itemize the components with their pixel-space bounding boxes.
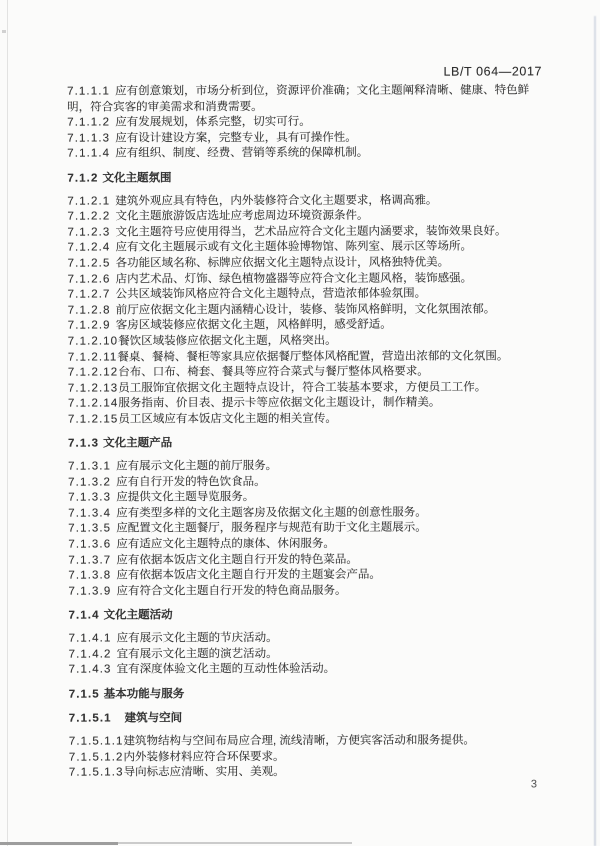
section-heading: 7.1.5.1建筑与空间 — [69, 711, 543, 728]
clause-row: 7.1.2.12台布、口布、椅套、餐具等应符合菜式与餐厅整体风格要求。 — [68, 364, 542, 381]
clause-text: 内外装修材料应符合环保要求。 — [124, 751, 285, 763]
clause-number: 7.1.1.2 — [67, 116, 115, 132]
clause-row: 7.1.4.1应有展示文化主题的节庆活动。 — [69, 630, 543, 647]
clause-row: 7.1.2.11餐桌、餐椅、餐柜等家具应依据餐厅整体风格配置，营造出浓郁的文化氛… — [68, 349, 542, 366]
clause-text: 员工服饰宜依据文化主题特点设计，符合工装基本要求，方便员工工作。 — [118, 381, 486, 394]
clause-text: 餐饮区域装修应依据文化主题，风格突出。 — [118, 335, 337, 348]
clause-number: 7.1.5.1 — [69, 713, 112, 725]
clause-row: 7.1.3.4应有类型多样的文化主题客房及依据文化主题的创意性服务。 — [68, 505, 542, 522]
clause-text: 应有文化主题展示或有文化主题体验博物馆、陈列室、展示区等场所。 — [116, 241, 473, 254]
clause-number: 7.1.2.3 — [67, 225, 115, 241]
section-heading: 7.1.3文化主题产品 — [68, 436, 542, 453]
clause-number: 7.1.2.1 — [67, 194, 115, 210]
clause-number: 7.1.2.2 — [67, 210, 115, 226]
clause-row: 7.1.2.4应有文化主题展示或有文化主题体验博物馆、陈列室、展示区等场所。 — [68, 240, 542, 257]
clause-number: 7.1.3.1 — [68, 460, 116, 476]
clause-row: 7.1.3.3应提供文化主题导览服务。 — [68, 490, 542, 507]
clause-text: 应有设计建设方案，完整专业，具有可操作性。 — [115, 132, 357, 145]
clause-number: 7.1.2.9 — [68, 319, 116, 335]
clause-text: 应有符合文化主题自行开发的特色商品服务。 — [116, 585, 346, 598]
clause-row: 7.1.1.3应有设计建设方案，完整专业，具有可操作性。 — [67, 130, 541, 147]
clause-number: 7.1.2.13 — [68, 381, 118, 397]
clause-number: 7.1.1.3 — [67, 131, 115, 147]
clause-text: 应有依据本饭店文化主题自行开发的特色菜品。 — [116, 553, 358, 566]
clause-number: 7.1.2.12 — [68, 366, 118, 382]
clause-text: 餐桌、餐椅、餐柜等家具应依据餐厅整体风格配置，营造出浓郁的文化氛围。 — [117, 350, 508, 363]
clause-row: 7.1.2.2文化主题旅游饭店选址应考虑周边环境资源条件。 — [67, 209, 541, 226]
clause-row: 7.1.2.10餐饮区域装修应依据文化主题，风格突出。 — [68, 333, 542, 350]
clause-number: 7.1.2.8 — [68, 303, 116, 319]
heading-text: 文化主题氛围 — [102, 172, 171, 184]
page-number: 3 — [531, 778, 537, 790]
clause-row: 7.1.4.2宜有展示文化主题的演艺活动。 — [69, 646, 543, 663]
clause-number: 7.1.3.5 — [68, 522, 116, 538]
clause-text: 应有组织、制度、经费、营销等系统的保障机制。 — [115, 147, 368, 160]
clause-text: 文化主题符号应使用得当，艺术品应符合文化主题内涵要求，装饰效果良好。 — [115, 225, 506, 238]
clause-number: 7.1.1.1 — [67, 84, 115, 100]
clause-number: 7.1.2.6 — [68, 272, 116, 288]
clause-text: 应有类型多样的文化主题客房及依据文化主题的创意性服务。 — [116, 507, 427, 520]
clause-number: 7.1.3.7 — [68, 553, 116, 569]
clause-row: 7.1.3.8应有依据本饭店文化主题自行开发的主题宴会产品。 — [68, 568, 542, 585]
page-body: LB/T 064—2017 7.1.1.1应有创意策划，市场分析到位，资源评价准… — [0, 0, 600, 846]
heading-text: 基本功能与服务 — [104, 688, 185, 700]
clause-text: 文化主题旅游饭店选址应考虑周边环境资源条件。 — [115, 210, 368, 223]
clause-text: 应有发展规划，体系完整，切实可行。 — [115, 116, 311, 129]
clause-row: 7.1.2.6店内艺术品、灯饰、绿色植物盛器等应符合文化主题风格，装饰感强。 — [68, 271, 542, 288]
clause-row: 7.1.5.1.1建筑物结构与空间布局应合理, 流线清晰，方便宾客活动和服务提供… — [69, 733, 543, 750]
clause-number: 7.1.2.14 — [68, 397, 118, 413]
clause-number: 7.1.4.1 — [69, 631, 117, 647]
clause-number: 7.1.3.6 — [68, 538, 116, 554]
heading-text: 文化主题产品 — [103, 438, 172, 450]
clause-text: 建筑物结构与空间布局应合理, 流线清晰，方便宾客活动和服务提供。 — [123, 735, 474, 748]
clause-row: 7.1.1.1应有创意策划，市场分析到位，资源评价准确；文化主题阐释清晰、健康、… — [67, 83, 541, 115]
clause-number: 7.1.4 — [68, 610, 99, 622]
clause-number: 7.1.3.9 — [68, 584, 116, 600]
clause-text: 各功能区域名称、标牌应依据文化主题特点设计，风格独特优美。 — [116, 257, 450, 270]
clause-row: 7.1.5.1.2内外装修材料应符合环保要求。 — [69, 749, 543, 766]
clause-number: 7.1.2.4 — [68, 241, 116, 257]
clause-number: 7.1.3.8 — [68, 569, 116, 585]
clause-text: 宜有深度体验文化主题的互动性体验活动。 — [117, 663, 336, 676]
document-code: LB/T 064—2017 — [443, 64, 542, 78]
clause-row: 7.1.3.1应有展示文化主题的前厅服务。 — [68, 458, 542, 475]
clause-number: 7.1.5 — [69, 688, 100, 700]
clause-text: 店内艺术品、灯饰、绿色植物盛器等应符合文化主题风格，装饰感强。 — [116, 272, 473, 285]
clause-row: 7.1.1.4应有组织、制度、经费、营销等系统的保障机制。 — [67, 146, 541, 163]
clause-row: 7.1.2.9客房区域装修应依据文化主题，风格鲜明，感受舒适。 — [68, 318, 542, 335]
clause-text: 服务指南、价目表、提示卡等应依据文化主题设计，制作精美。 — [118, 397, 440, 410]
clause-text: 应有依据本饭店文化主题自行开发的主题宴会产品。 — [116, 569, 381, 582]
clause-number: 7.1.5.1.3 — [69, 766, 124, 782]
clause-number: 7.1.2.5 — [68, 256, 116, 272]
clause-number: 7.1.3.3 — [68, 491, 116, 507]
section-heading: 7.1.5基本功能与服务 — [69, 686, 543, 703]
clause-row: 7.1.2.7公共区域装饰风格应符合文化主题特点，营造浓郁体验氛围。 — [68, 286, 542, 303]
scanned-page: LB/T 064—2017 7.1.1.1应有创意策划，市场分析到位，资源评价准… — [0, 0, 600, 846]
clause-number: 7.1.5.1.1 — [69, 734, 124, 750]
clause-row: 7.1.1.2应有发展规划，体系完整，切实可行。 — [67, 115, 541, 132]
clause-number: 7.1.2.10 — [68, 334, 118, 350]
heading-text: 建筑与空间 — [125, 713, 183, 725]
clause-row: 7.1.3.2应有自行开发的特色饮食品。 — [68, 474, 542, 491]
heading-text: 文化主题活动 — [104, 610, 173, 622]
clause-text: 宜有展示文化主题的演艺活动。 — [117, 648, 278, 660]
clause-row: 7.1.2.1建筑外观应具有特色，内外装修符合文化主题要求，格调高雅。 — [67, 193, 541, 210]
clause-number: 7.1.4.2 — [69, 647, 117, 663]
clause-row: 7.1.3.5应配置文化主题餐厅，服务程序与规范有助于文化主题展示。 — [68, 521, 542, 538]
clause-row: 7.1.5.1.3导向标志应清晰、实用、美观。 — [69, 765, 543, 782]
clause-number: 7.1.2.15 — [68, 412, 118, 428]
clause-row: 7.1.2.13员工服饰宜依据文化主题特点设计，符合工装基本要求，方便员工工作。 — [68, 380, 542, 397]
clause-row: 7.1.2.14服务指南、价目表、提示卡等应依据文化主题设计，制作精美。 — [68, 396, 542, 413]
clause-number: 7.1.2.11 — [68, 350, 118, 366]
clause-number: 7.1.2 — [67, 172, 98, 184]
clause-text: 应有适应文化主题特点的康体、休闲服务。 — [116, 538, 335, 551]
clause-number: 7.1.4.3 — [69, 663, 117, 679]
clause-text: 台布、口布、椅套、餐具等应符合菜式与餐厅整体风格要求。 — [118, 366, 429, 379]
clause-text: 应配置文化主题餐厅，服务程序与规范有助于文化主题展示。 — [116, 522, 427, 535]
clause-row: 7.1.2.15员工区域应有本饭店文化主题的相关宣传。 — [68, 411, 542, 428]
clause-text: 应有创意策划，市场分析到位，资源评价准确；文化主题阐释清晰、健康、特色鲜明，符合… — [67, 84, 529, 113]
clause-text: 员工区域应有本饭店文化主题的相关宣传。 — [118, 413, 337, 426]
clause-row: 7.1.3.7应有依据本饭店文化主题自行开发的特色菜品。 — [68, 552, 542, 569]
clause-number: 7.1.1.4 — [67, 147, 115, 163]
clause-row: 7.1.2.5各功能区域名称、标牌应依据文化主题特点设计，风格独特优美。 — [68, 255, 542, 272]
clause-number: 7.1.3 — [68, 438, 99, 450]
clause-text: 公共区域装饰风格应符合文化主题特点，营造浓郁体验氛围。 — [116, 288, 427, 301]
clause-text: 应提供文化主题导览服务。 — [116, 491, 254, 503]
clause-text: 应有展示文化主题的节庆活动。 — [117, 632, 278, 644]
clause-text: 客房区域装修应依据文化主题，风格鲜明，感受舒适。 — [116, 319, 392, 332]
clause-row: 7.1.4.3宜有深度体验文化主题的互动性体验活动。 — [69, 662, 543, 679]
clause-text: 导向标志应清晰、实用、美观。 — [124, 766, 285, 778]
clause-row: 7.1.3.9应有符合文化主题自行开发的特色商品服务。 — [68, 583, 542, 600]
clause-text: 建筑外观应具有特色，内外装修符合文化主题要求，格调高雅。 — [115, 194, 437, 207]
clause-number: 7.1.2.7 — [68, 288, 116, 304]
clause-number: 7.1.5.1.2 — [69, 750, 124, 766]
clause-row: 7.1.2.3文化主题符号应使用得当，艺术品应符合文化主题内涵要求，装饰效果良好… — [67, 224, 541, 241]
section-heading: 7.1.4文化主题活动 — [68, 608, 542, 625]
clause-text: 应有自行开发的特色饮食品。 — [116, 476, 266, 488]
clause-row: 7.1.2.8前厅应依据文化主题内涵精心设计，装修、装饰风格鲜明，文化氛围浓郁。 — [68, 302, 542, 319]
clause-text: 前厅应依据文化主题内涵精心设计，装修、装饰风格鲜明，文化氛围浓郁。 — [116, 303, 496, 316]
clause-text: 应有展示文化主题的前厅服务。 — [116, 460, 277, 472]
clause-list: 7.1.1.1应有创意策划，市场分析到位，资源评价准确；文化主题阐释清晰、健康、… — [67, 83, 543, 781]
section-heading: 7.1.2文化主题氛围 — [67, 170, 541, 187]
clause-number: 7.1.3.4 — [68, 506, 116, 522]
clause-row: 7.1.3.6应有适应文化主题特点的康体、休闲服务。 — [68, 536, 542, 553]
clause-number: 7.1.3.2 — [68, 475, 116, 491]
